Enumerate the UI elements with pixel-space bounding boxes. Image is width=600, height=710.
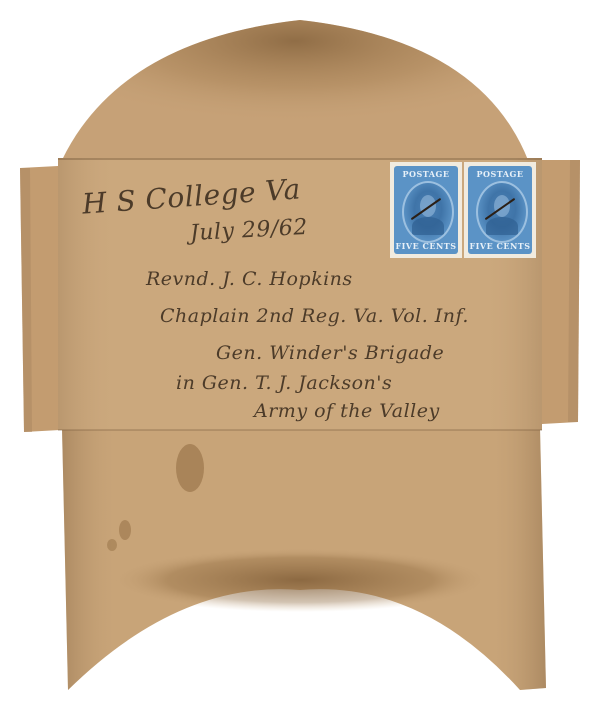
- bottom-flap: [62, 428, 546, 690]
- address-line-1: Revnd. J. C. Hopkins: [146, 268, 353, 290]
- address-line-4: in Gen. T. J. Jackson's: [176, 372, 392, 394]
- stamp-bottom-text: FIVE CENTS: [468, 241, 532, 251]
- portrait-shoulders-icon: [486, 217, 518, 235]
- stamp-left: POSTAGE FIVE CENTS: [390, 162, 462, 258]
- stamp-bottom-text: FIVE CENTS: [394, 241, 458, 251]
- portrait-oval: [402, 181, 454, 243]
- top-flap: [62, 20, 528, 160]
- address-line-3: Gen. Winder's Brigade: [216, 342, 444, 364]
- stamp-top-text: POSTAGE: [468, 169, 532, 179]
- stamp-right: POSTAGE FIVE CENTS: [464, 162, 536, 258]
- address-line-5: Army of the Valley: [254, 400, 440, 422]
- address-line-2: Chaplain 2nd Reg. Va. Vol. Inf.: [160, 305, 469, 327]
- stamp-top-text: POSTAGE: [394, 169, 458, 179]
- left-side-flap: [20, 166, 60, 432]
- portrait-oval: [476, 181, 528, 243]
- portrait-shoulders-icon: [412, 217, 444, 235]
- right-side-flap: [540, 160, 580, 424]
